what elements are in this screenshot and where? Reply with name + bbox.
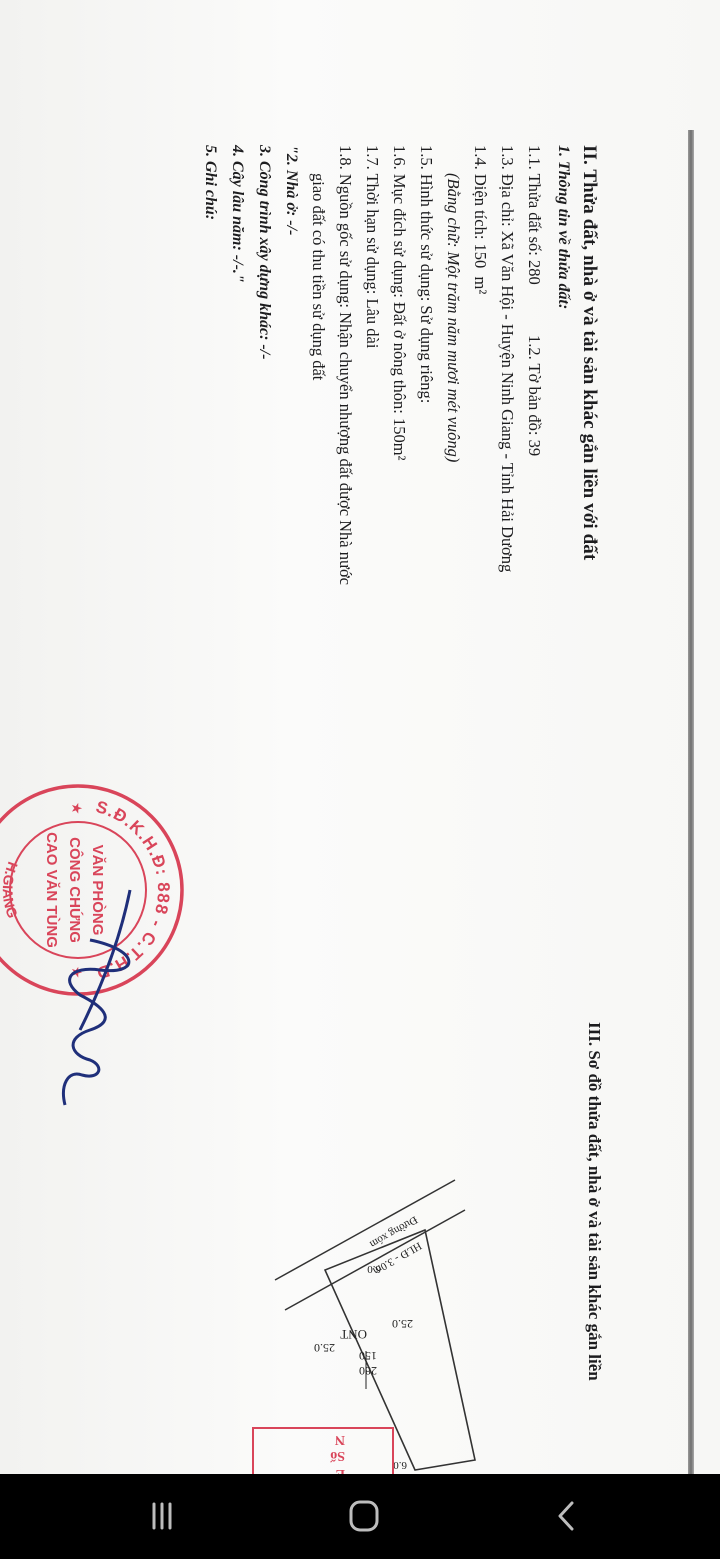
- area-in-words: (Bằng chữ: Một trăm năm mươi mét vuông): [440, 145, 467, 905]
- left-length-label: 25.0: [314, 1341, 335, 1355]
- land-info-subtitle: 1. Thông tin về thửa đất:: [554, 145, 572, 905]
- map-sheet-label: 1.2. Tờ bản đồ:: [525, 335, 544, 436]
- area-label: 1.4. Diện tích:: [471, 145, 490, 239]
- android-navigation-bar: [0, 1474, 720, 1559]
- section-plot-diagram: III. Sơ đồ thửa đất, nhà ở và tài sản kh…: [584, 1022, 604, 1381]
- land-code-label: ONT: [340, 1327, 367, 1342]
- usage-origin-line: 1.8. Nguồn gốc sử dụng: Nhận chuyển nhượ…: [332, 145, 359, 905]
- corner-box-text-1: E: [336, 1466, 345, 1474]
- parcel-number-label-diagram: 280: [359, 1364, 377, 1378]
- area-value: 150: [471, 244, 490, 269]
- section3-title: III. Sơ đồ thửa đất, nhà ở và tài sản kh…: [584, 1022, 604, 1381]
- parcel-area-label-diagram: 150: [359, 1349, 377, 1363]
- rotated-document-page: II. Thửa đất, nhà ở và tài sản khác gắn …: [0, 0, 720, 1474]
- other-works-line: 3. Công trình xây dựng khác: -/-: [251, 145, 278, 905]
- parcel-line: 1.1. Thửa đất số: 280 1.2. Tờ bản đồ: 39: [521, 145, 548, 905]
- area-line: 1.4. Diện tích: 150 m²: [467, 145, 494, 905]
- right-length-label: 25.0: [392, 1317, 413, 1331]
- perennial-trees-line: 4. Cây lâu năm: -/-.": [224, 145, 251, 905]
- address-line: 1.3. Địa chỉ: Xã Văn Hội - Huyện Ninh Gi…: [494, 145, 521, 905]
- plot-diagram: Đường xóm HLĐ - 3.0m 6.0 ONT 25.0 25.0 2…: [225, 1170, 485, 1474]
- svg-text:H.GIANG: H.GIANG: [0, 860, 21, 921]
- house-line: "2. Nhà ở: -/-: [278, 145, 305, 905]
- section2-title: II. Thửa đất, nhà ở và tài sản khác gắn …: [578, 145, 600, 905]
- parcel-number-label: 1.1. Thửa đất số:: [525, 145, 544, 256]
- usage-form-line: 1.5. Hình thức sử dụng: Sử dụng riêng:: [413, 145, 440, 905]
- home-icon: [346, 1498, 382, 1534]
- home-button[interactable]: [334, 1492, 394, 1540]
- front-width-label: 6.0: [367, 1263, 381, 1275]
- stamp-bottom-text: H.GIANG: [0, 860, 21, 921]
- map-sheet-number: 39: [525, 440, 544, 457]
- page-edge-shadow: [688, 130, 694, 1474]
- usage-origin-continued: giao đất có thu tiền sử dụng đất: [305, 145, 332, 905]
- recent-apps-icon: [144, 1498, 180, 1534]
- stamp-star-icon: ★: [68, 802, 83, 815]
- section-land-info: II. Thửa đất, nhà ở và tài sản khác gắn …: [197, 145, 600, 905]
- signature: [20, 880, 160, 1110]
- usage-term-line: 1.7. Thời hạn sử dụng: Lâu dài: [359, 145, 386, 905]
- corner-box-text-2: Số: [329, 1448, 345, 1463]
- recent-apps-button[interactable]: [132, 1492, 192, 1540]
- back-width-label: 6.0: [393, 1459, 407, 1471]
- notes-line: 5. Ghi chú:: [197, 145, 224, 905]
- document-viewer[interactable]: II. Thửa đất, nhà ở và tài sản khác gắn …: [0, 0, 720, 1474]
- corner-box-text-3: N: [335, 1432, 345, 1447]
- usage-purpose-line: 1.6. Mục đích sử dụng: Đất ở nông thôn: …: [386, 145, 413, 905]
- back-button[interactable]: [536, 1492, 596, 1540]
- area-unit: m²: [471, 277, 490, 295]
- back-icon: [548, 1498, 584, 1534]
- parcel-number: 280: [525, 260, 544, 285]
